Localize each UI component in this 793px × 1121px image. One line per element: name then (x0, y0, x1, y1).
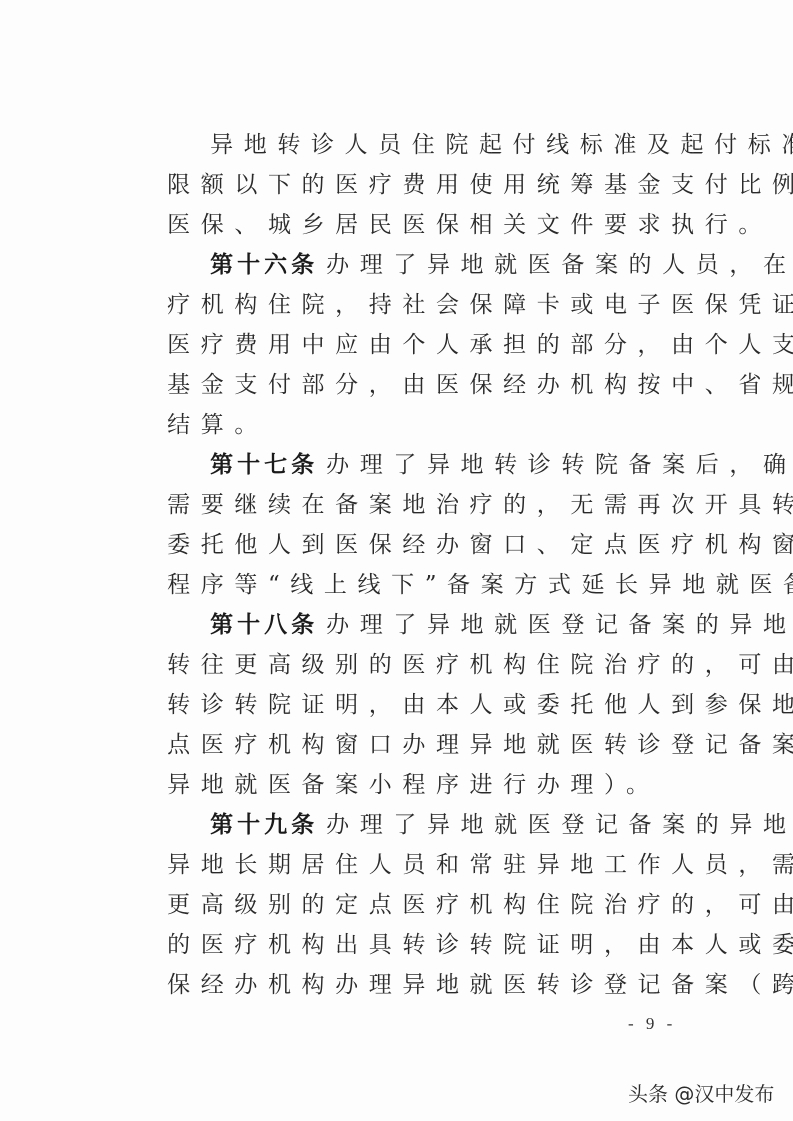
text-line: 办理了异地就医备案的人员，在异地就医联网医 (326, 252, 793, 278)
article-19: 第十九条办理了异地就医登记备案的异地安置退休人员、 异地长期居住人员和常驻异地工… (120, 805, 710, 1005)
source-watermark: 头条 @汉中发布 (628, 1078, 774, 1107)
article-heading: 第十九条 (210, 812, 318, 838)
text-line: 点医疗机构窗口办理异地就医转诊登记备案（跨省可通过国家 (120, 725, 710, 765)
text-line: 转往更高级别的医疗机构住院治疗的，可由转入医疗机构出具 (120, 645, 710, 685)
document-page: 异地转诊人员住院起付线标准及起付标准以上、最高支付 限额以下的医疗费用使用统筹基… (0, 0, 793, 1121)
text-line-with-heading: 第十七条办理了异地转诊转院备案后，确因同种疾病治疗 (120, 445, 710, 485)
article-heading: 第十六条 (210, 252, 318, 278)
text-line: 结算。 (120, 405, 710, 445)
text-line: 医保、城乡居民医保相关文件要求执行。 (120, 205, 710, 245)
article-16: 第十六条办理了异地就医备案的人员，在异地就医联网医 疗机构住院，持社会保障卡或电… (120, 245, 710, 445)
document-body: 异地转诊人员住院起付线标准及起付标准以上、最高支付 限额以下的医疗费用使用统筹基… (120, 125, 710, 1005)
text-line: 更高级别的定点医疗机构住院治疗的，可由安置地二级及以上 (120, 885, 710, 925)
article-18: 第十八条办理了异地就医登记备案的异地转诊人员，需要 转往更高级别的医疗机构住院治… (120, 605, 710, 805)
article-heading: 第十八条 (210, 612, 318, 638)
article-17: 第十七条办理了异地转诊转院备案后，确因同种疾病治疗 需要继续在备案地治疗的，无需… (120, 445, 710, 605)
text-line-with-heading: 第十六条办理了异地就医备案的人员，在异地就医联网医 (120, 245, 710, 285)
text-line: 保经办机构办理异地就医转诊登记备案（跨省异地就医人员可 (120, 965, 710, 1005)
page-number: - 9 - (628, 1014, 676, 1034)
text-line: 办理了异地就医登记备案的异地转诊人员，需要 (326, 612, 793, 638)
text-line: 限额以下的医疗费用使用统筹基金支付比例按照我市城镇职工 (120, 165, 710, 205)
text-line: 基金支付部分，由医保经办机构按中、省规定与定点医疗机构 (120, 365, 710, 405)
article-heading: 第十七条 (210, 452, 318, 478)
text-line: 疗机构住院，持社会保障卡或电子医保凭证直接结算时，住院 (120, 285, 710, 325)
text-line: 办理了异地转诊转院备案后，确因同种疾病治疗 (326, 452, 793, 478)
text-line-with-heading: 第十八条办理了异地就医登记备案的异地转诊人员，需要 (120, 605, 710, 645)
text-line: 办理了异地就医登记备案的异地安置退休人员、 (326, 812, 793, 838)
text-line: 医疗费用中应由个人承担的部分，由个人支付；应由医保统筹 (120, 325, 710, 365)
text-line: 的医疗机构出具转诊转院证明，由本人或委托他人到参保地医 (120, 925, 710, 965)
text-line: 程序等“线上线下”备案方式延长异地就医备案时间。 (120, 565, 710, 605)
text-line-with-heading: 第十九条办理了异地就医登记备案的异地安置退休人员、 (120, 805, 710, 845)
text-line: 转诊转院证明，由本人或委托他人到参保地医保经办窗口、定 (120, 685, 710, 725)
text-line: 异地转诊人员住院起付线标准及起付标准以上、最高支付 (120, 125, 710, 165)
text-line: 异地长期居住人员和常驻异地工作人员，需要转往安置地以外 (120, 845, 710, 885)
paragraph-payment-ratio: 异地转诊人员住院起付线标准及起付标准以上、最高支付 限额以下的医疗费用使用统筹基… (120, 125, 710, 245)
text-line: 异地就医备案小程序进行办理）。 (120, 765, 710, 805)
text-line: 需要继续在备案地治疗的，无需再次开具转诊证明，由本人或 (120, 485, 710, 525)
text-line: 委托他人到医保经办窗口、定点医疗机构窗口或通过电话、小 (120, 525, 710, 565)
